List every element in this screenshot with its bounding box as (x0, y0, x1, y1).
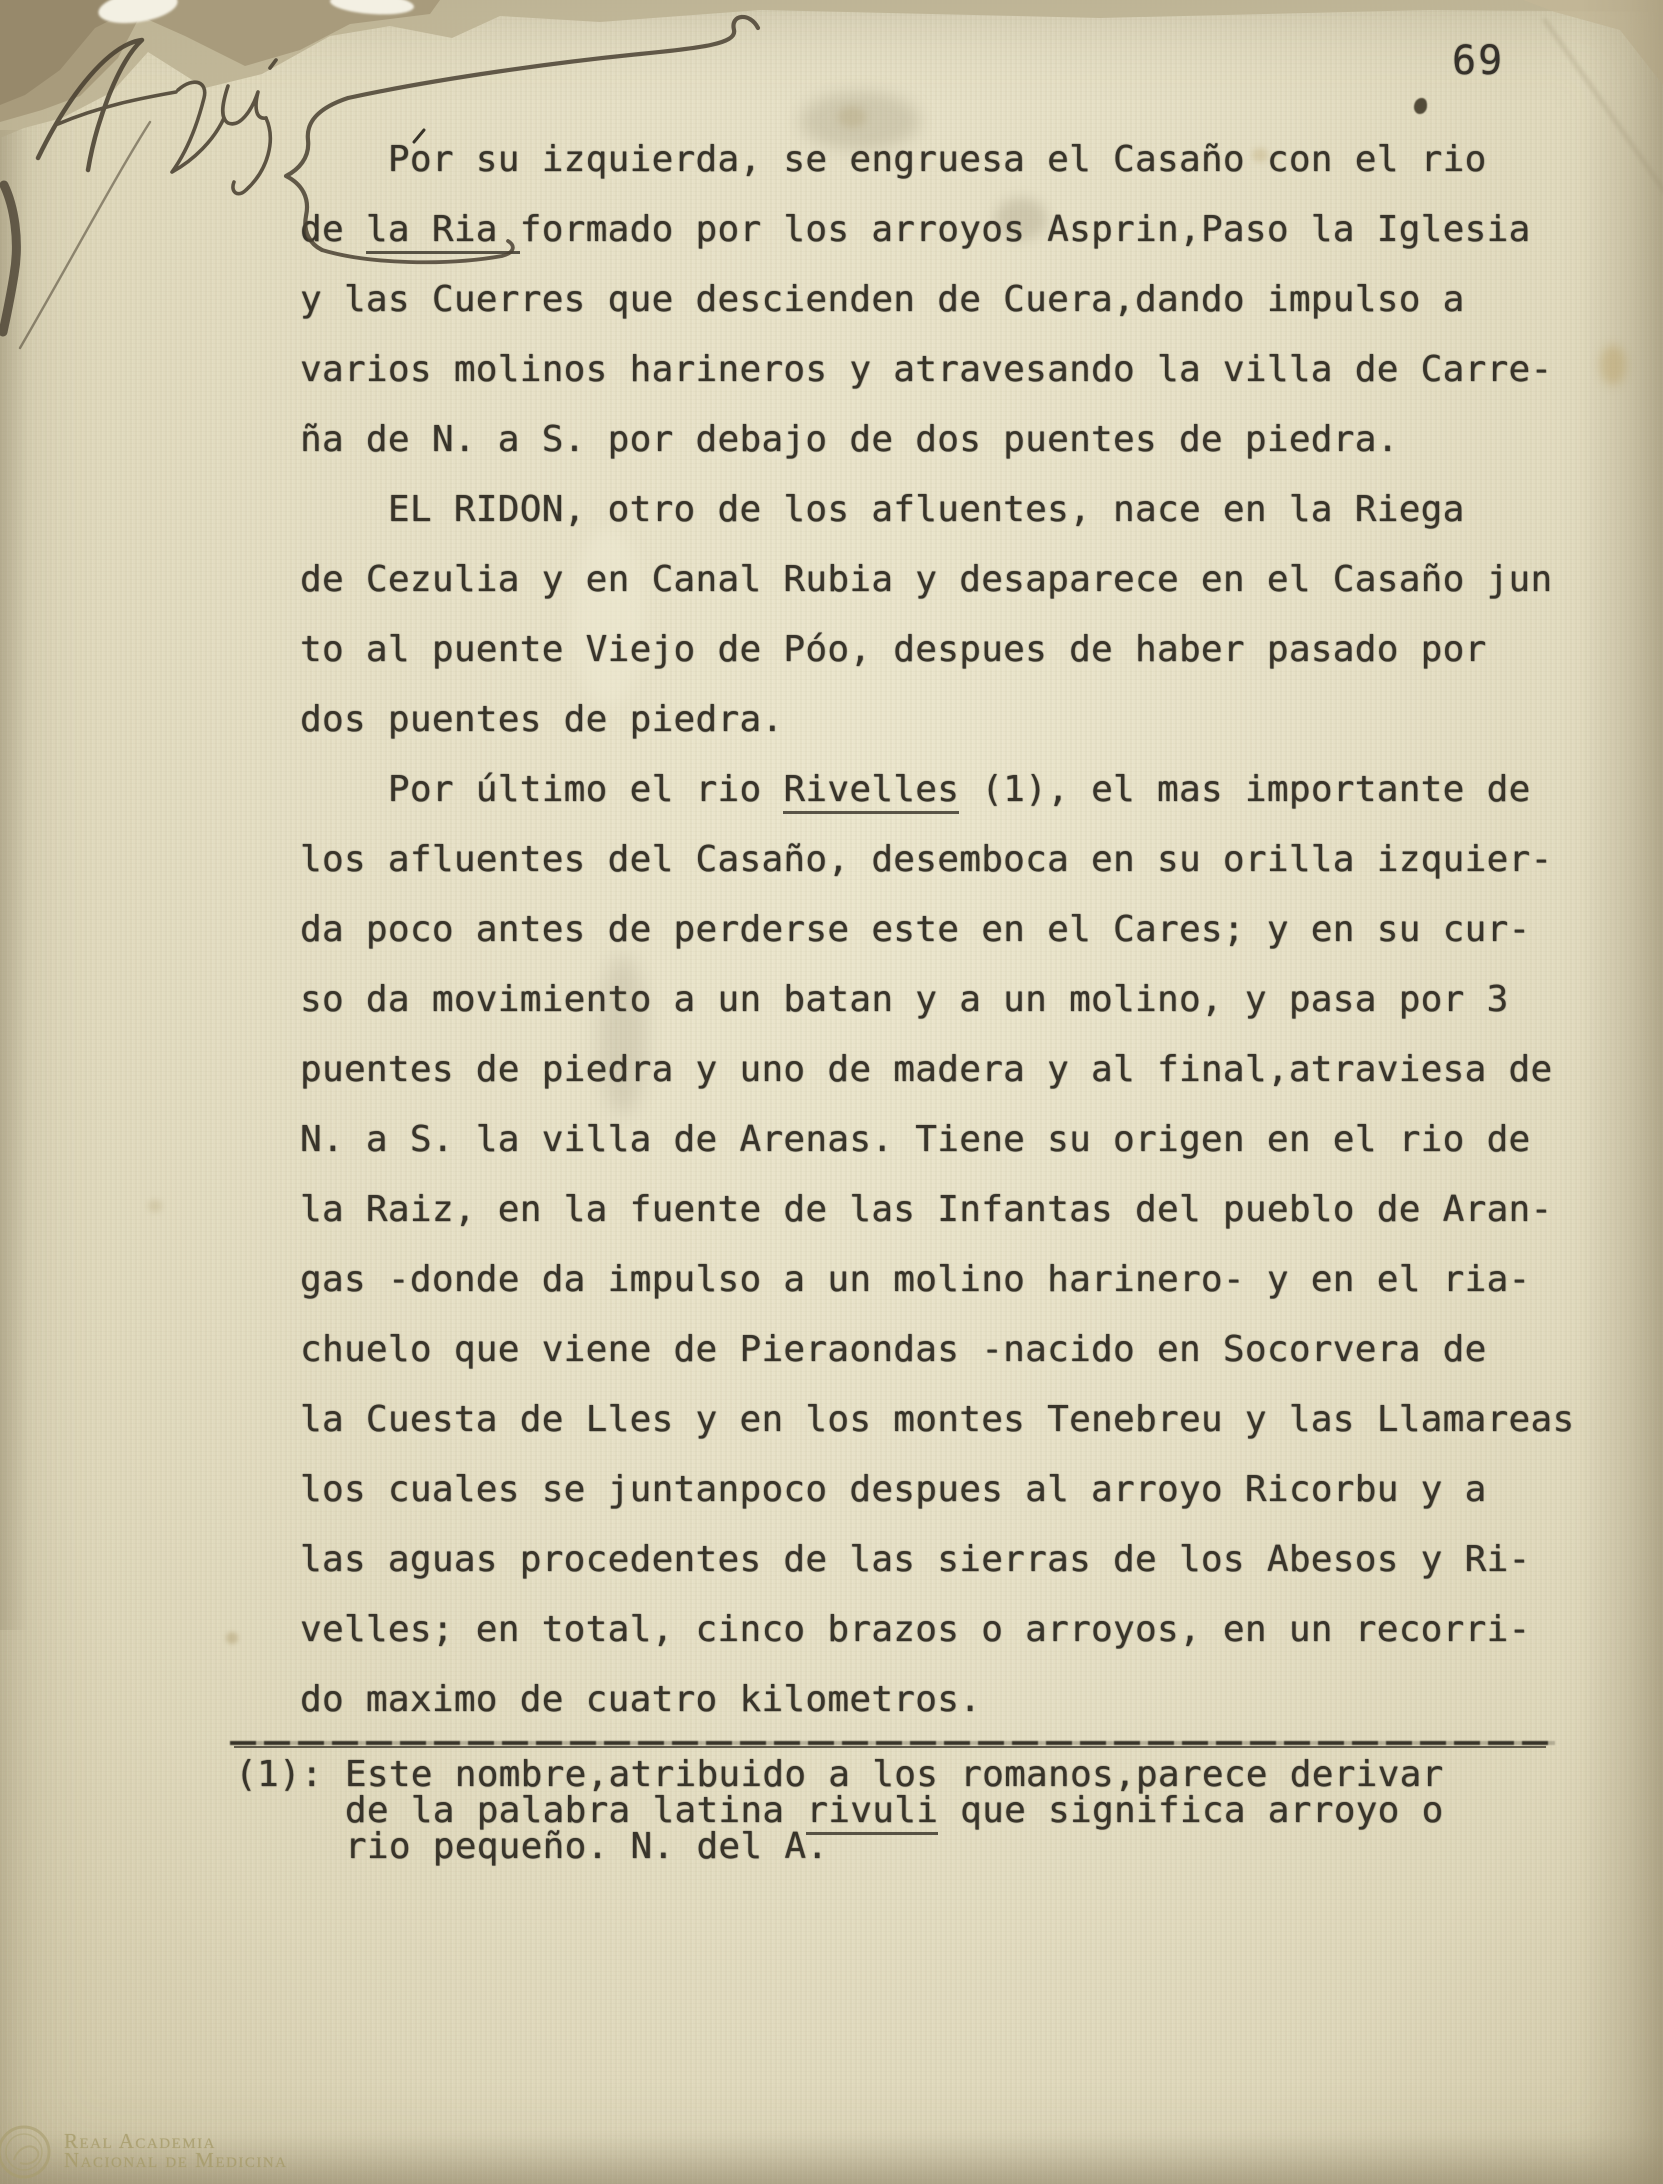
typed-text: gas -donde da impulso a un molino harine… (300, 1259, 1531, 1300)
typed-text: chuelo que viene de Pieraondas -nacido e… (300, 1329, 1487, 1370)
footnote-line: de la palabra latina rivuli que signific… (235, 1793, 1444, 1829)
footnote-rule (230, 1741, 1555, 1751)
typed-line: EL RIDON, otro de los afluentes, nace en… (300, 475, 1574, 545)
typed-line: to al puente Viejo de Póo, despues de ha… (300, 615, 1574, 685)
typed-text: que significa arroyo o (938, 1790, 1443, 1831)
watermark-text: Real Academia Nacional de Medicina (64, 2132, 287, 2170)
typed-text: y las Cuerres que descienden de Cuera,da… (300, 279, 1465, 320)
typed-text: la Raiz, en la fuente de las Infantas de… (300, 1189, 1553, 1230)
typed-text: to al puente Viejo de Póo, despues de ha… (300, 629, 1487, 670)
typed-line: ña de N. a S. por debajo de dos puentes … (300, 405, 1574, 475)
typed-line: do maximo de cuatro kilometros. (300, 1665, 1574, 1735)
typed-text: de (300, 209, 366, 250)
underlined-text: la Ria (366, 209, 520, 254)
typed-line: varios molinos harineros y atravesando l… (300, 335, 1574, 405)
typed-line: da poco antes de perderse este en el Car… (300, 895, 1574, 965)
typed-text: ña de N. a S. por debajo de dos puentes … (300, 419, 1399, 460)
typed-text: varios molinos harineros y atravesando l… (300, 349, 1553, 390)
typed-text: la Cuesta de Lles y en los montes Tenebr… (300, 1399, 1574, 1440)
typed-text: los cuales se juntanpoco despues al arro… (300, 1469, 1487, 1510)
typed-line: chuelo que viene de Pieraondas -nacido e… (300, 1315, 1574, 1385)
typed-text: los afluentes del Casaño, desemboca en s… (300, 839, 1553, 880)
typed-text: (1), el mas importante de (959, 769, 1530, 810)
typed-text-block: Por su izquierda, se engruesa el Casaño … (300, 125, 1574, 1735)
archive-watermark: Real Academia Nacional de Medicina (0, 2122, 287, 2180)
typed-text: (1): Este nombre,atribuido a los romanos… (235, 1754, 1444, 1795)
typed-text: formado por los arroyos Asprin,Paso la I… (520, 209, 1531, 250)
typed-text: puentes de piedra y uno de madera y al f… (300, 1049, 1553, 1090)
typed-line: dos puentes de piedra. (300, 685, 1574, 755)
page-number: 69 (1452, 38, 1504, 84)
footnote-line: (1): Este nombre,atribuido a los romanos… (235, 1757, 1444, 1793)
typed-line: y las Cuerres que descienden de Cuera,da… (300, 265, 1574, 335)
typed-text: Por su izquierda, se engruesa el Casaño … (300, 139, 1487, 180)
typed-text: dos puentes de piedra. (300, 699, 783, 740)
typed-line: de la Ria formado por los arroyos Asprin… (300, 195, 1574, 265)
typed-line: Por último el rio Rivelles (1), el mas i… (300, 755, 1574, 825)
watermark-line-2: Nacional de Medicina (64, 2151, 287, 2170)
underlined-text: Rivelles (783, 769, 959, 814)
typed-line: N. a S. la villa de Arenas. Tiene su ori… (300, 1105, 1574, 1175)
typed-text: de Cezulia y en Canal Rubia y desaparece… (300, 559, 1553, 600)
typed-line: de Cezulia y en Canal Rubia y desaparece… (300, 545, 1574, 615)
typed-line: puentes de piedra y uno de madera y al f… (300, 1035, 1574, 1105)
typed-text: do maximo de cuatro kilometros. (300, 1679, 981, 1720)
typed-line: las aguas procedentes de las sierras de … (300, 1525, 1574, 1595)
typed-line: los cuales se juntanpoco despues al arro… (300, 1455, 1574, 1525)
typed-line: la Raiz, en la fuente de las Infantas de… (300, 1175, 1574, 1245)
typed-line: gas -donde da impulso a un molino harine… (300, 1245, 1574, 1315)
typed-text: so da movimiento a un batan y a un molin… (300, 979, 1509, 1020)
typed-line: los afluentes del Casaño, desemboca en s… (300, 825, 1574, 895)
academy-seal-icon (0, 2122, 54, 2180)
typed-text: da poco antes de perderse este en el Car… (300, 909, 1531, 950)
typed-text: EL RIDON, otro de los afluentes, nace en… (300, 489, 1465, 530)
typed-text: de la palabra latina (235, 1790, 806, 1831)
typed-text: rio pequeño. N. del A. (235, 1826, 828, 1867)
typed-line: so da movimiento a un batan y a un molin… (300, 965, 1574, 1035)
typed-text: Por último el rio (300, 769, 783, 810)
typed-line: Por su izquierda, se engruesa el Casaño … (300, 125, 1574, 195)
footnote-block: (1): Este nombre,atribuido a los romanos… (235, 1757, 1444, 1865)
typed-line: velles; en total, cinco brazos o arroyos… (300, 1595, 1574, 1665)
typed-text: las aguas procedentes de las sierras de … (300, 1539, 1531, 1580)
typed-text: velles; en total, cinco brazos o arroyos… (300, 1609, 1531, 1650)
typed-text: N. a S. la villa de Arenas. Tiene su ori… (300, 1119, 1531, 1160)
typed-line: la Cuesta de Lles y en los montes Tenebr… (300, 1385, 1574, 1455)
